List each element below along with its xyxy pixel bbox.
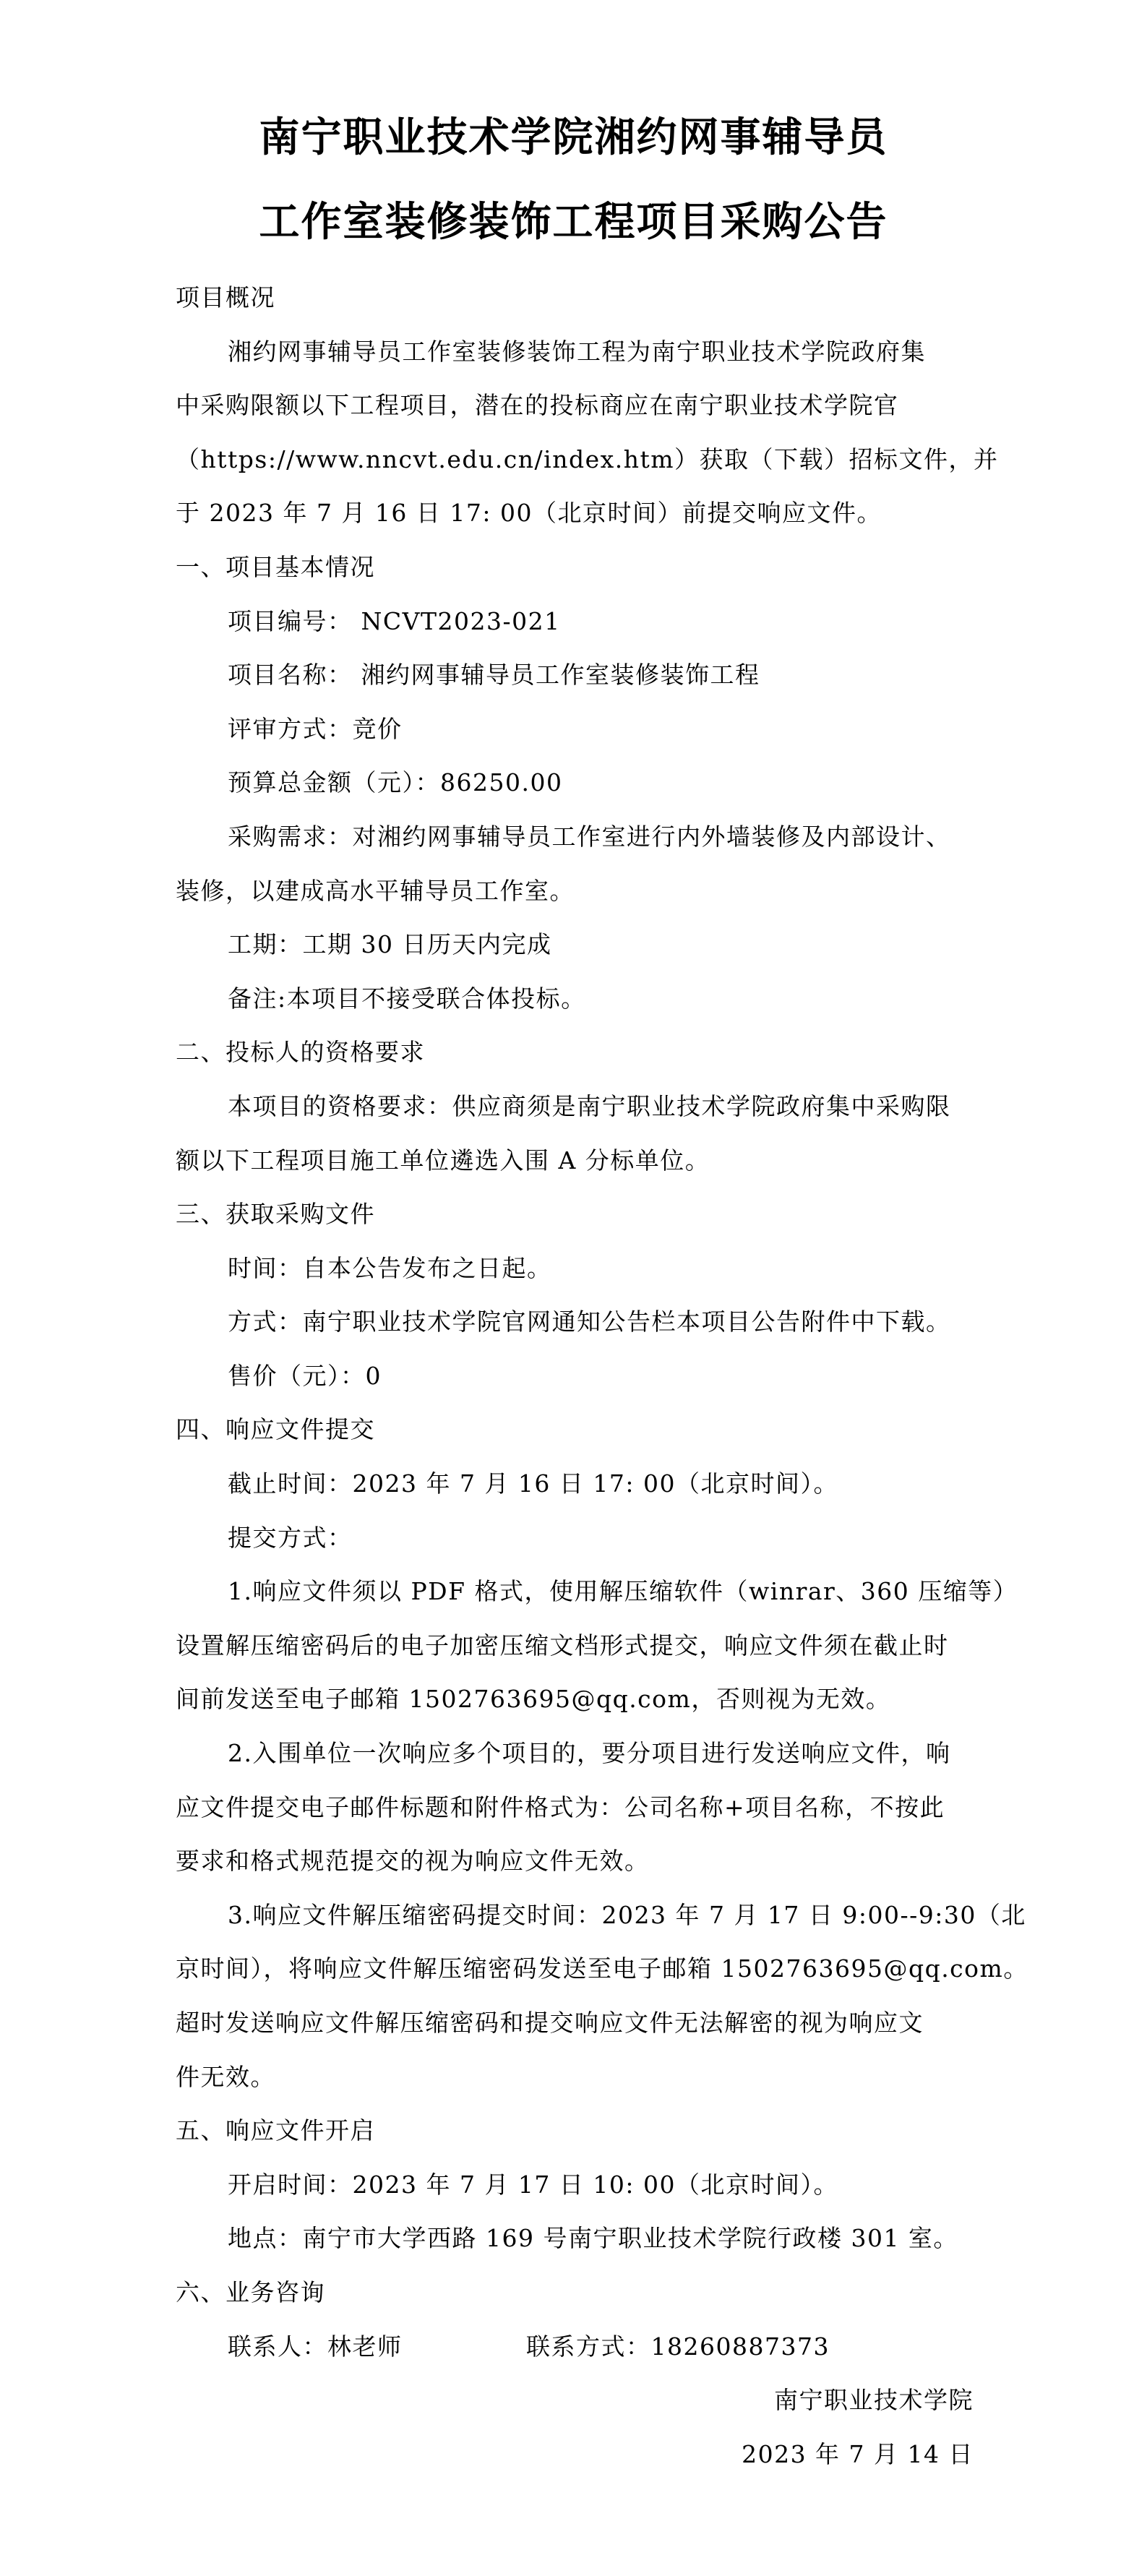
document-price: 售价（元）：0: [176, 1349, 974, 1404]
section-heading-consultation: 六、业务咨询: [176, 2266, 974, 2320]
submission-deadline: 截止时间：2023 年 7 月 16 日 17: 00（北京时间）。: [176, 1457, 974, 1511]
contact-person: 联系人：林老师: [228, 2332, 403, 2361]
submission-item-3-cont: 件无效。: [176, 2051, 974, 2105]
submission-item-1-cont: 设置解压缩密码后的电子加密压缩文档形式提交，响应文件须在截止时: [176, 1619, 974, 1673]
submission-item-3-cont: 京时间），将响应文件解压缩密码发送至电子邮箱 1502763695@qq.com…: [176, 1942, 974, 1996]
overview-line: 中采购限额以下工程项目，潜在的投标商应在南宁职业技术学院官: [176, 379, 974, 433]
section-heading-basic-info: 一、项目基本情况: [176, 541, 974, 595]
signature-date: 2023 年 7 月 14 日: [176, 2428, 974, 2482]
project-number: 项目编号： NCVT2023-021: [176, 595, 974, 649]
procurement-requirement-cont: 装修，以建成高水平辅导员工作室。: [176, 864, 974, 919]
overview-heading: 项目概况: [176, 271, 974, 325]
construction-period: 工期：工期 30 日历天内完成: [176, 918, 974, 972]
budget-amount: 预算总金额（元）：86250.00: [176, 756, 974, 810]
document-time: 时间：自本公告发布之日起。: [176, 1242, 974, 1296]
section-heading-submission: 四、响应文件提交: [176, 1403, 974, 1457]
submission-item-1-cont: 间前发送至电子邮箱 1502763695@qq.com，否则视为无效。: [176, 1673, 974, 1727]
submission-item-3-cont: 超时发送响应文件解压缩密码和提交响应文件无法解密的视为响应文: [176, 1996, 974, 2051]
notice-title-line-2: 工作室装修装饰工程项目采购公告: [0, 193, 1147, 251]
procurement-requirement: 采购需求：对湘约网事辅导员工作室进行内外墙装修及内部设计、: [176, 810, 974, 864]
submission-item-2-cont: 要求和格式规范提交的视为响应文件无效。: [176, 1834, 974, 1889]
opening-location: 地点：南宁市大学西路 169 号南宁职业技术学院行政楼 301 室。: [176, 2212, 974, 2266]
submission-item-2: 2.入围单位一次响应多个项目的，要分项目进行发送响应文件，响: [176, 1727, 974, 1781]
submission-item-2-cont: 应文件提交电子邮件标题和附件格式为：公司名称+项目名称，不按此: [176, 1781, 974, 1835]
contact-row: 联系人：林老师 联系方式：18260887373: [176, 2320, 974, 2374]
qualification-text: 本项目的资格要求：供应商须是南宁职业技术学院政府集中采购限: [176, 1080, 974, 1134]
notice-body: 项目概况 湘约网事辅导员工作室装修装饰工程为南宁职业技术学院政府集 中采购限额以…: [176, 271, 974, 2481]
section-heading-opening: 五、响应文件开启: [176, 2104, 974, 2158]
opening-time: 开启时间：2023 年 7 月 17 日 10: 00（北京时间）。: [176, 2158, 974, 2212]
qualification-text-cont: 额以下工程项目施工单位遴选入围 A 分标单位。: [176, 1134, 974, 1188]
notice-title-line-1: 南宁职业技术学院湘约网事辅导员: [0, 108, 1147, 166]
section-heading-get-documents: 三、获取采购文件: [176, 1188, 974, 1242]
document-method: 方式：南宁职业技术学院官网通知公告栏本项目公告附件中下载。: [176, 1295, 974, 1349]
contact-phone: 联系方式：18260887373: [526, 2320, 830, 2374]
submission-method-label: 提交方式：: [176, 1511, 974, 1566]
submission-item-3: 3.响应文件解压缩密码提交时间：2023 年 7 月 17 日 9:00--9:…: [176, 1889, 974, 1943]
review-method: 评审方式：竞价: [176, 703, 974, 757]
overview-line: （https://www.nncvt.edu.cn/index.htm）获取（下…: [176, 433, 974, 487]
submission-item-1: 1.响应文件须以 PDF 格式，使用解压缩软件（winrar、360 压缩等）: [176, 1565, 974, 1619]
remark: 备注:本项目不接受联合体投标。: [176, 972, 974, 1026]
overview-line: 湘约网事辅导员工作室装修装饰工程为南宁职业技术学院政府集: [176, 325, 974, 379]
project-name: 项目名称： 湘约网事辅导员工作室装修装饰工程: [176, 648, 974, 703]
section-heading-qualification: 二、投标人的资格要求: [176, 1026, 974, 1080]
signature-organization: 南宁职业技术学院: [176, 2374, 974, 2428]
overview-line: 于 2023 年 7 月 16 日 17: 00（北京时间）前提交响应文件。: [176, 486, 974, 541]
